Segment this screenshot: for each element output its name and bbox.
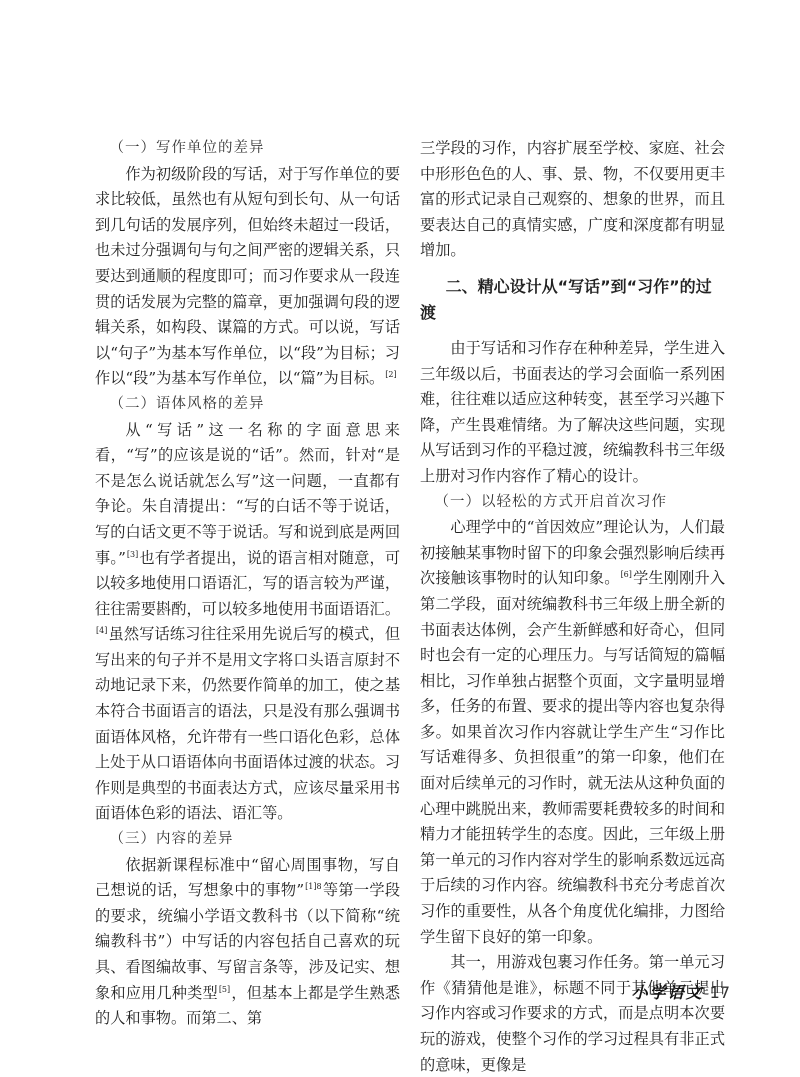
citation-ref: [2] <box>385 370 396 379</box>
paragraph-text: 也有学者提出，说的语言相对随意，可以较多地使用口语语汇，写的语言较为严谨，往往需… <box>95 549 400 618</box>
paragraph-intro: 由于写话和习作存在种种差异，学生进入三年级以后，书面表达的学习会面临一系列困难，… <box>420 336 725 490</box>
subsection-heading-first-writing: （一）以轻松的方式开启首次习作 <box>420 490 725 516</box>
section-heading-content: （三）内容的差异 <box>95 827 400 853</box>
citation-ref: [4] <box>96 626 107 635</box>
paragraph-text: 虽然写话练习往往采用先说后写的模式，但写出来的句子并不是用文字将口头语言原封不动… <box>95 625 400 822</box>
page-number: 17 <box>710 983 730 1002</box>
paragraph-writing-unit: 作为初级阶段的写话，对于写作单位的要求比较低，虽然也有从短句到长句、从一句话到几… <box>95 162 400 392</box>
citation-ref: [1]8 <box>305 882 321 891</box>
paragraph-style: 从“写话”这一名称的字面意思来看，“写”的应该是说的“话”。然而，针对“是不是怎… <box>95 418 400 828</box>
page-footer: 小学语文17 <box>600 980 730 1003</box>
section-heading-writing-unit: （一）写作单位的差异 <box>95 136 400 162</box>
left-column: （一）写作单位的差异 作为初级阶段的写话，对于写作单位的要求比较低，虽然也有从短… <box>95 136 400 1032</box>
paragraph-text: 作为初级阶段的写话，对于写作单位的要求比较低，虽然也有从短句到长句、从一句话到几… <box>95 165 400 388</box>
paragraph-primacy-effect: 心理学中的“首因效应”理论认为，人们最初接触某事物时留下的印象会强烈影响后续再次… <box>420 515 725 950</box>
paragraph-content: 依据新课程标准中“留心周围事物，写自己想说的话，写想象中的事物”[1]8等第一学… <box>95 853 400 1032</box>
paragraph-game: 其一，用游戏包裹习作任务。第一单元习作《猜猜他是谁》，标题不同于其他单元提出习作… <box>420 950 725 1077</box>
citation-ref: [5] <box>219 985 230 994</box>
right-column: 三学段的习作，内容扩展至学校、家庭、社会中形形色色的人、事、景、物，不仅要用更丰… <box>420 136 725 1077</box>
citation-ref: [6] <box>621 570 632 579</box>
section-title-transition: 二、精心设计从“写话”到“习作”的过渡 <box>420 274 725 326</box>
paragraph-text: 学生刚刚升入第二学段，面对统编教科书三年级上册全新的书面表达体例，会产生新鲜感和… <box>420 569 725 945</box>
journal-name: 小学语文 <box>632 983 704 1002</box>
paragraph-continuation: 三学段的习作，内容扩展至学校、家庭、社会中形形色色的人、事、景、物，不仅要用更丰… <box>420 136 725 264</box>
citation-ref: [3] <box>127 550 138 559</box>
paragraph-text: 从“写话”这一名称的字面意思来看，“写”的应该是说的“话”。然而，针对“是不是怎… <box>95 421 400 567</box>
section-heading-style: （二）语体风格的差异 <box>95 392 400 418</box>
